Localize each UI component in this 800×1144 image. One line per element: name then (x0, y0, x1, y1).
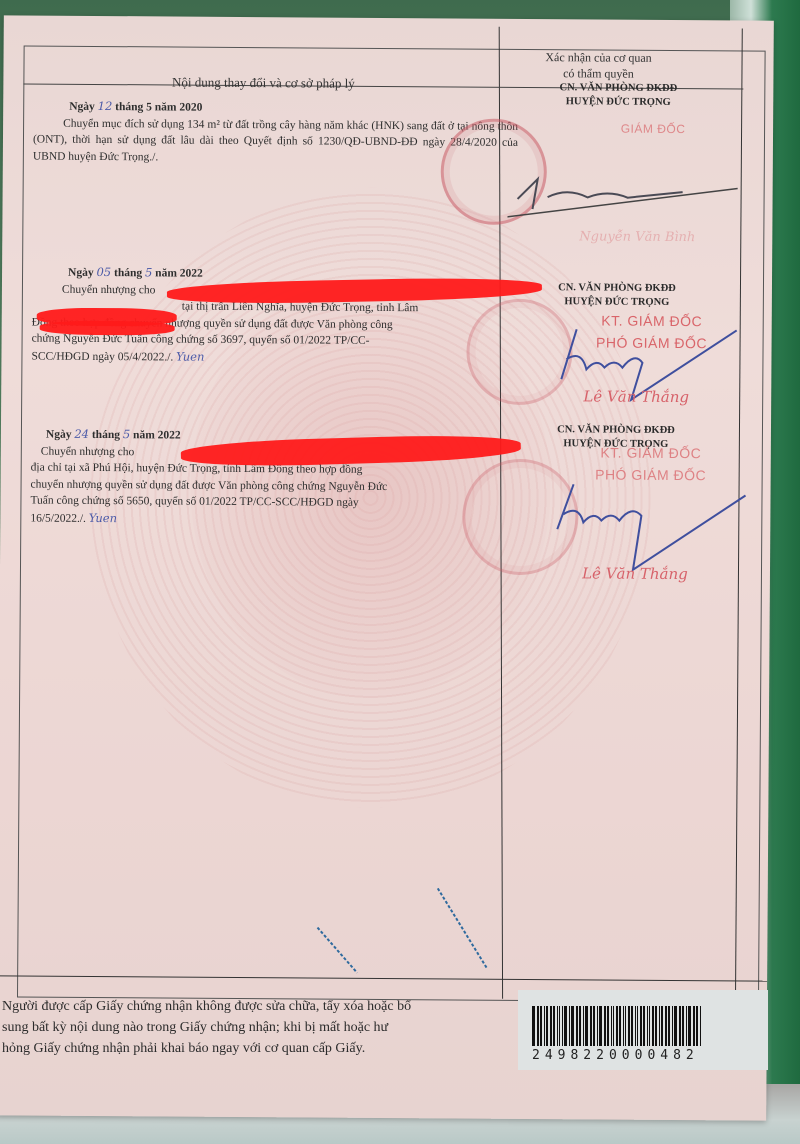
office-line2: HUYỆN ĐỨC TRỌNG (518, 95, 718, 110)
barcode-bar (559, 1006, 560, 1046)
barcode-bar (652, 1006, 654, 1046)
barcode-bar (643, 1006, 645, 1046)
barcode-bar (647, 1006, 648, 1046)
entry-line: SCC/HĐGD ngày 05/4/2022./. (31, 350, 173, 363)
signer-name-1: Nguyễn Văn Bình (552, 229, 722, 245)
barcode-label: 2498220000482 (518, 990, 768, 1070)
date-day: 05 (96, 265, 111, 279)
authority-header-line1: Xác nhận của cơ quan (514, 49, 684, 66)
signer-name-3: Lê Văn Thắng (550, 564, 720, 583)
barcode-bar (557, 1006, 558, 1046)
authority-header-line2: có thẩm quyền (513, 65, 683, 82)
barcode-bar (688, 1006, 691, 1046)
year-label: năm 2022 (133, 429, 181, 441)
barcode-bar (553, 1006, 555, 1046)
year-label: năm 2020 (155, 101, 203, 113)
barcode-bar (585, 1006, 588, 1046)
barcode-bar (616, 1006, 618, 1046)
title-stamp-1: GIÁM ĐỐC (563, 117, 743, 140)
barcode-icon (532, 1006, 702, 1046)
legal-notice: Người được cấp Giấy chứng nhận không đượ… (2, 996, 472, 1059)
barcode-bar (693, 1006, 695, 1046)
date-prefix: Ngày (46, 429, 72, 441)
barcode-bar (613, 1006, 614, 1046)
barcode-bar (628, 1006, 630, 1046)
barcode-bar (679, 1006, 681, 1046)
barcode-bar (655, 1006, 657, 1046)
barcode-bar (562, 1006, 563, 1046)
barcode-bar (625, 1006, 626, 1046)
office-line1: CN. VĂN PHÒNG ĐKĐĐ (517, 281, 717, 296)
barcode-bar (550, 1006, 552, 1046)
handwritten-initials: Yuen (89, 510, 117, 524)
barcode-bar (544, 1006, 545, 1046)
barcode-bar (576, 1006, 578, 1046)
date-month: 5 (146, 101, 152, 113)
redaction-mark (40, 321, 175, 336)
month-label: tháng (92, 429, 120, 441)
authority-office-1: CN. VĂN PHÒNG ĐKĐĐ HUYỆN ĐỨC TRỌNG (518, 81, 718, 110)
ink-scribble (297, 877, 518, 979)
barcode-bar (579, 1006, 581, 1046)
notice-line3: hỏng Giấy chứng nhận phải khai báo ngay … (2, 1038, 472, 1059)
barcode-bar (637, 1006, 638, 1046)
barcode-bar (571, 1006, 574, 1046)
date-month: 5 (145, 265, 152, 279)
title-line1: KT. GIÁM ĐỐC (561, 441, 741, 464)
notice-line2: sung bất kỳ nội dung nào trong Giấy chứn… (2, 1017, 472, 1038)
barcode-bar (540, 1006, 542, 1046)
barcode-bar (668, 1006, 670, 1046)
barcode-bar (631, 1006, 633, 1046)
barcode-bar (546, 1006, 548, 1046)
date-day: 12 (98, 99, 113, 113)
certificate-page: Nội dung thay đổi và cơ sở pháp lý Xác n… (0, 15, 774, 1120)
entry-line: 16/5/2022./. (30, 512, 86, 524)
barcode-bar (583, 1006, 584, 1046)
barcode-bar (607, 1006, 609, 1046)
barcode-bar (700, 1006, 701, 1046)
barcode-bar (619, 1006, 621, 1046)
year-label: năm 2022 (155, 267, 203, 279)
barcode-bar (661, 1006, 663, 1046)
barcode-bar (649, 1006, 650, 1046)
column-header-changes: Nội dung thay đổi và cơ sở pháp lý (63, 74, 463, 93)
barcode-bar (537, 1006, 539, 1046)
barcode-bar (604, 1006, 606, 1046)
barcode-bar (597, 1006, 598, 1046)
barcode-bar (635, 1006, 636, 1046)
barcode-bar (569, 1006, 570, 1046)
signature-1 (507, 169, 747, 221)
month-label: tháng (115, 101, 143, 113)
barcode-bar (696, 1006, 698, 1046)
barcode-bar (682, 1006, 684, 1046)
office-line1: CN. VĂN PHÒNG ĐKĐĐ (518, 81, 718, 96)
barcode-bar (672, 1006, 673, 1046)
barcode-bar (640, 1006, 642, 1046)
barcode-bar (686, 1006, 687, 1046)
barcode-bar (590, 1006, 592, 1046)
date-prefix: Ngày (68, 267, 94, 279)
barcode-bar (593, 1006, 595, 1046)
office-line1: CN. VĂN PHÒNG ĐKĐĐ (516, 423, 716, 438)
barcode-bar (659, 1006, 660, 1046)
barcode-bar (532, 1006, 535, 1046)
barcode-bar (623, 1006, 624, 1046)
barcode-bar (674, 1006, 677, 1046)
date-month: 5 (123, 427, 130, 441)
signer-name-2: Lê Văn Thắng (551, 387, 721, 406)
notice-line1: Người được cấp Giấy chứng nhận không đượ… (2, 996, 472, 1017)
barcode-bar (599, 1006, 602, 1046)
barcode-bar (665, 1006, 667, 1046)
handwritten-initials: Yuen (176, 349, 204, 363)
column-header-authority: Xác nhận của cơ quan có thẩm quyền (513, 49, 683, 82)
date-prefix: Ngày (69, 101, 95, 113)
date-day: 24 (74, 427, 89, 441)
month-label: tháng (114, 267, 142, 279)
barcode-number: 2498220000482 (532, 1048, 699, 1063)
barcode-bar (611, 1006, 612, 1046)
barcode-bar (564, 1006, 567, 1046)
